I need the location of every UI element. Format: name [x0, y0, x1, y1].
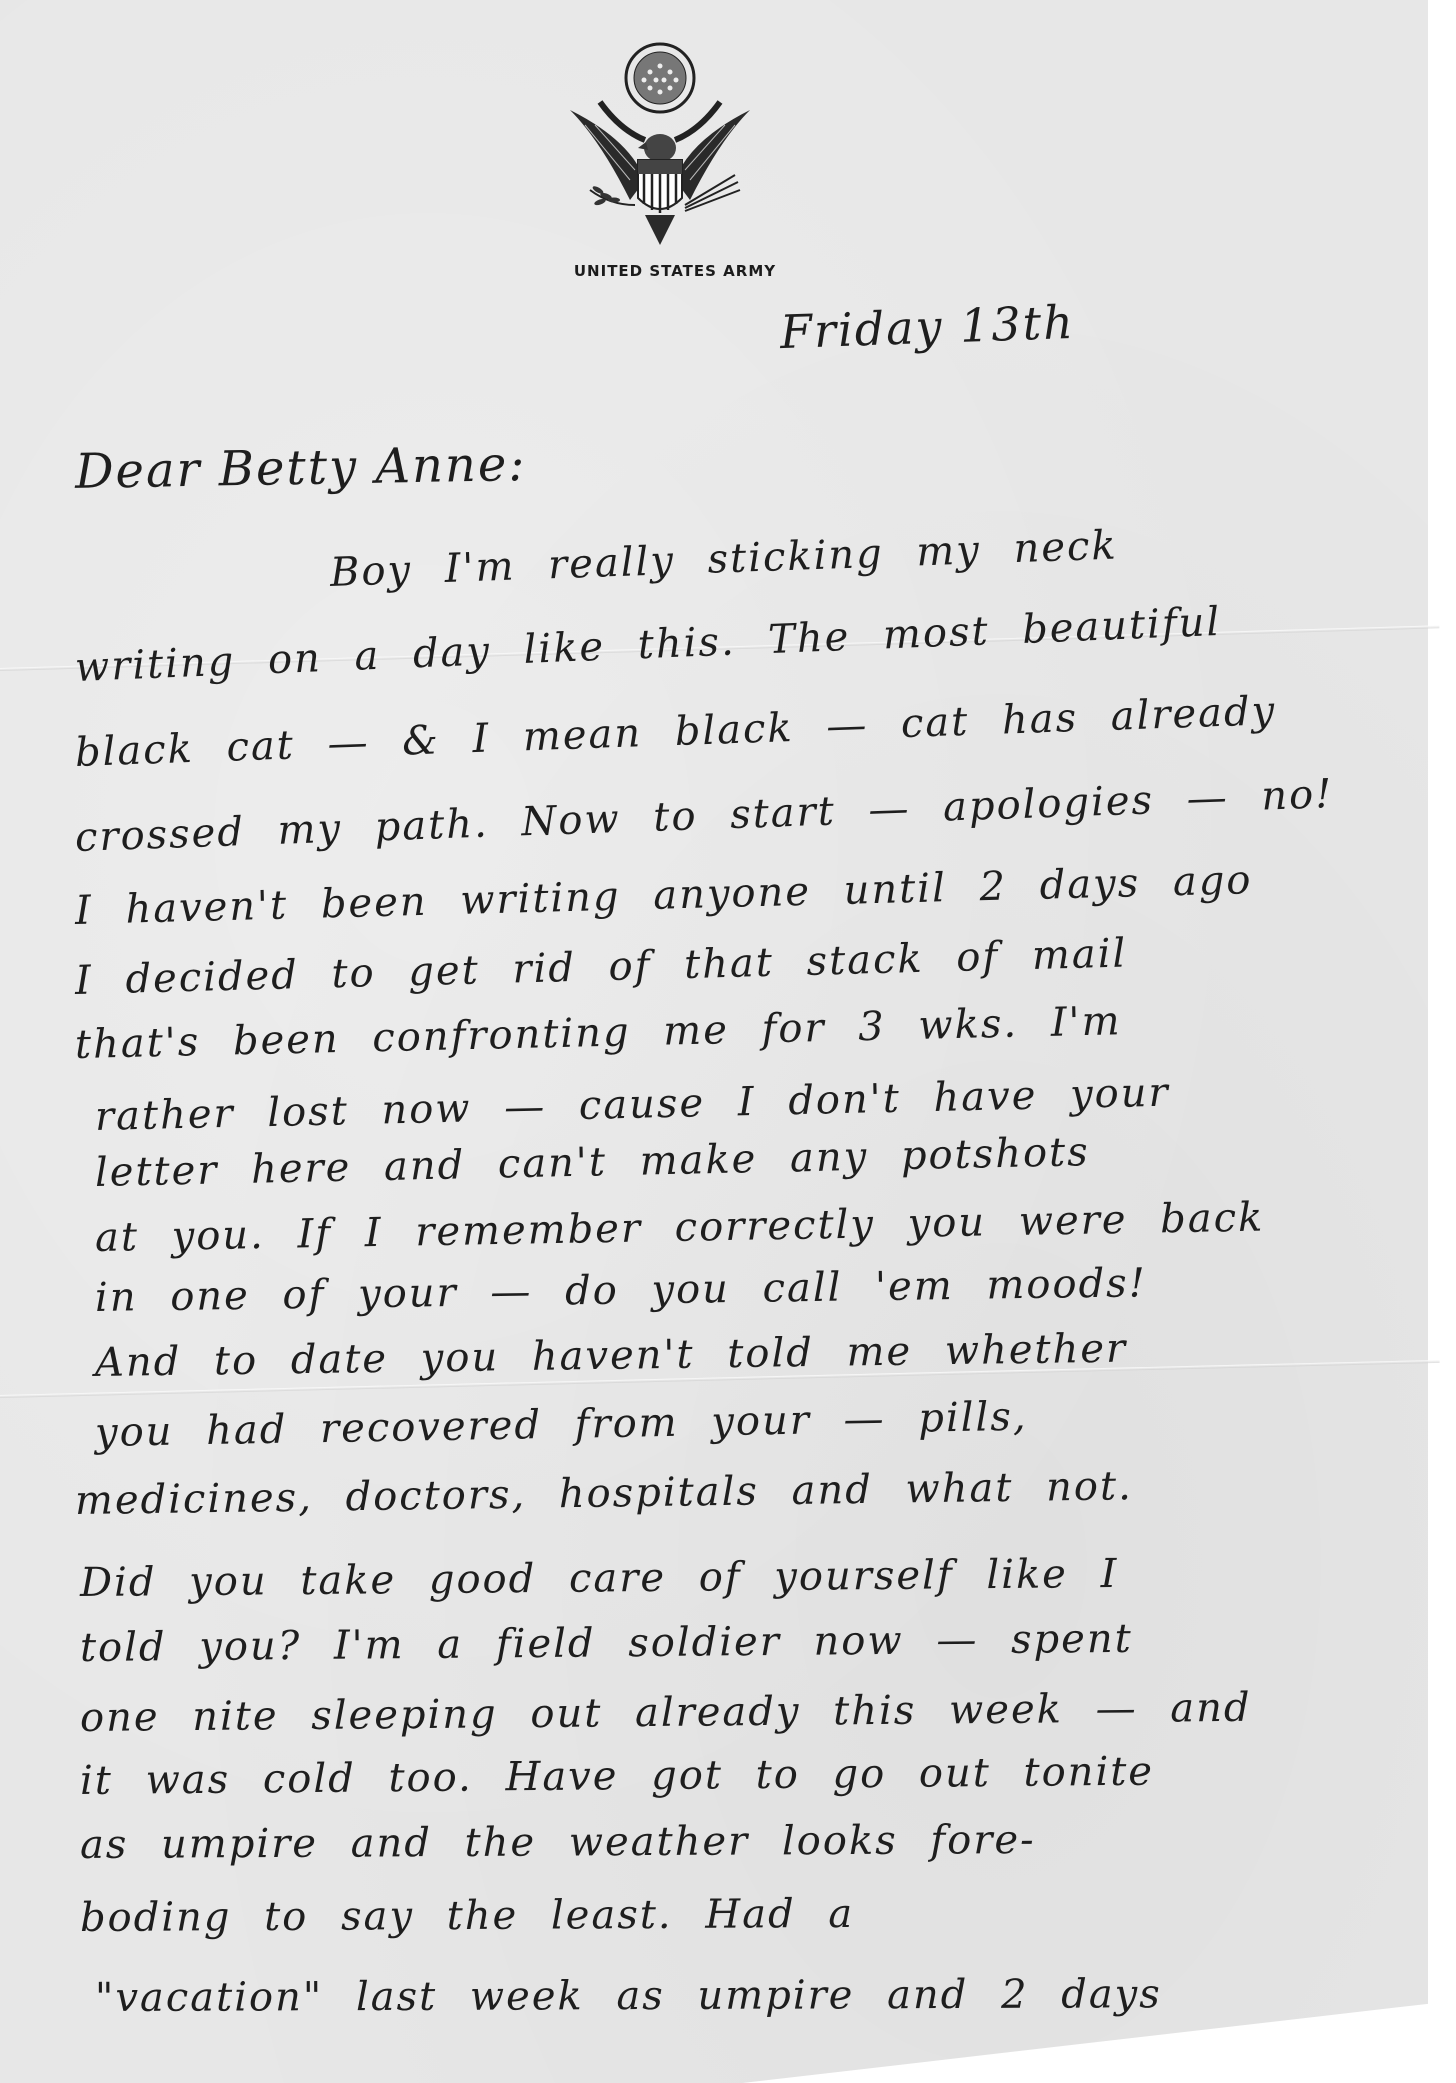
letter-line: as umpire and the weather looks fore-: [80, 1817, 1036, 1868]
letter-line: "vacation" last week as umpire and 2 day…: [95, 1971, 1162, 2021]
letter-salutation: Dear Betty Anne:: [75, 436, 527, 500]
letter-line: told you? I'm a field soldier now — spen…: [80, 1616, 1133, 1671]
letter-line: it was cold too. Have got to go out toni…: [80, 1749, 1154, 1804]
great-seal-eagle-icon: [560, 30, 760, 250]
letterhead-organization: UNITED STATES ARMY: [560, 262, 790, 280]
letter-line: Did you take good care of yourself like …: [80, 1551, 1119, 1606]
letterhead: [560, 30, 760, 250]
letter-line: boding to say the least. Had a: [80, 1891, 854, 1941]
letter-date: Friday 13th: [779, 295, 1075, 359]
